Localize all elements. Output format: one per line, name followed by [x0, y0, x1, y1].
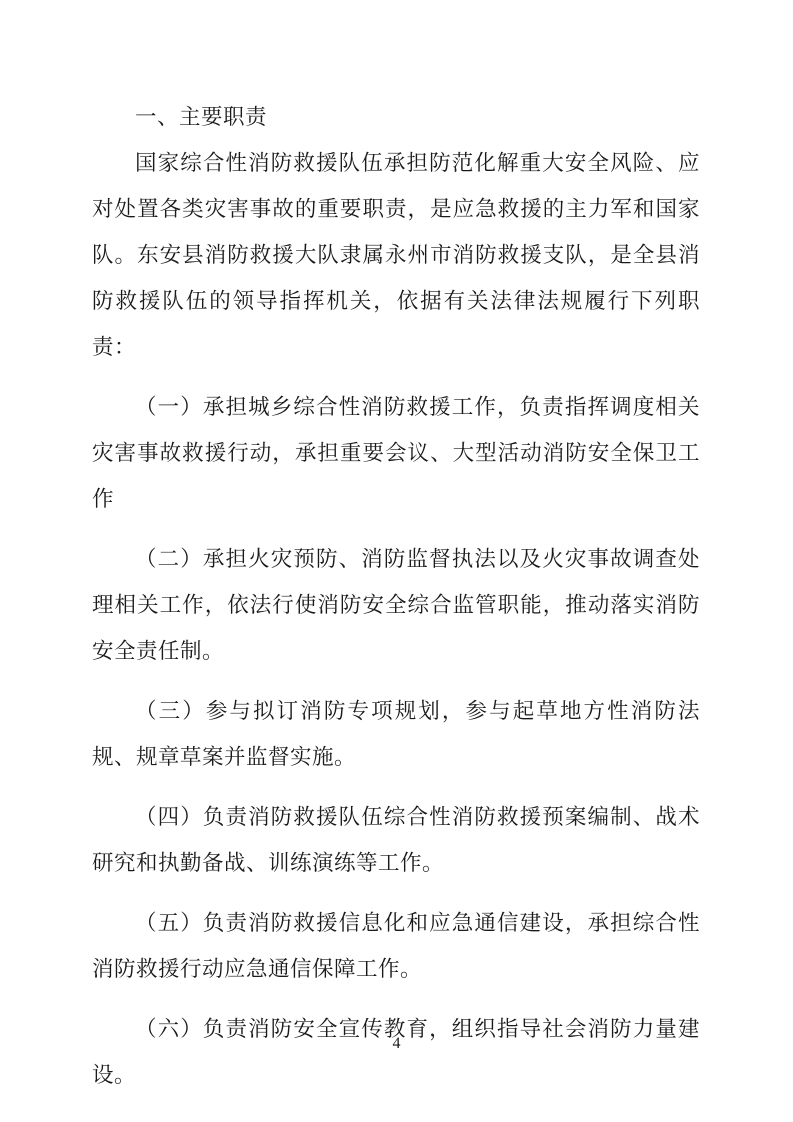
section-heading: 一、主要职责 — [92, 94, 700, 140]
document-page: 一、主要职责 国家综合性消防救援队伍承担防范化解重大安全风险、应对处置各类灾害事… — [0, 0, 793, 1122]
document-body: 一、主要职责 国家综合性消防救援队伍承担防范化解重大安全风险、应对处置各类灾害事… — [92, 94, 700, 1098]
paragraph-item-4: （四）负责消防救援队伍综合性消防救援预案编制、战术研究和执勤备战、训练演练等工作… — [92, 794, 700, 886]
paragraph-item-2: （二）承担火灾预防、消防监督执法以及火灾事故调查处理相关工作，依法行使消防安全综… — [92, 536, 700, 674]
page-number: 4 — [393, 1035, 401, 1052]
paragraph-item-1: （一）承担城乡综合性消防救援工作，负责指挥调度相关灾害事故救援行动，承担重要会议… — [92, 384, 700, 522]
paragraph-intro: 国家综合性消防救援队伍承担防范化解重大安全风险、应对处置各类灾害事故的重要职责，… — [92, 140, 700, 370]
paragraph-item-3: （三）参与拟订消防专项规划，参与起草地方性消防法规、规章草案并监督实施。 — [92, 688, 700, 780]
paragraph-item-5: （五）负责消防救援信息化和应急通信建设，承担综合性消防救援行动应急通信保障工作。 — [92, 900, 700, 992]
page-footer: 4 — [0, 1034, 793, 1054]
